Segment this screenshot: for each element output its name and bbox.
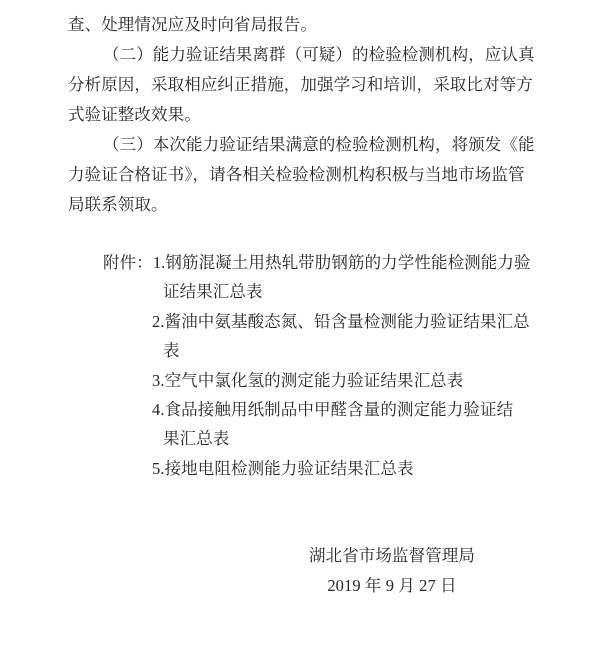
body-line-6: 力验证合格证书》，请各相关检验检测机构积极与当地市场监管: [68, 160, 597, 190]
document-page: 查、处理情况应及时向省局报告。 （二）能力验证结果离群（可疑）的检验检测机构，应…: [0, 0, 597, 668]
document-body: 查、处理情况应及时向省局报告。 （二）能力验证结果离群（可疑）的检验检测机构，应…: [68, 10, 597, 220]
body-line-7: 局联系领取。: [68, 190, 597, 220]
attachment-item-3: 3.空气中氯化氢的测定能力验证结果汇总表: [68, 366, 597, 395]
attachment-item-2-line-1: 2.酱油中氨基酸态氮、铅含量检测能力验证结果汇总: [68, 307, 597, 336]
attachments-label: 附件：: [103, 253, 153, 272]
body-line-5: （三）本次能力验证结果满意的检验检测机构，将颁发《能: [68, 130, 597, 160]
attachment-item-2-line-2: 表: [68, 336, 597, 365]
issuer-name: 湖北省市场监督管理局: [292, 541, 492, 571]
body-line-2: （二）能力验证结果离群（可疑）的检验检测机构，应认真: [68, 40, 597, 70]
body-line-4: 式验证整改效果。: [68, 100, 597, 130]
attachment-item-4-line-1: 4.食品接触用纸制品中甲醛含量的测定能力验证结: [68, 395, 597, 424]
attachment-item-4-line-2: 果汇总表: [68, 424, 597, 453]
issue-date: 2019 年 9 月 27 日: [292, 571, 492, 601]
body-line-1: 查、处理情况应及时向省局报告。: [68, 10, 597, 40]
signature-block: 湖北省市场监督管理局 2019 年 9 月 27 日: [292, 541, 492, 601]
attachment-item-5: 5.接地电阻检测能力验证结果汇总表: [68, 454, 597, 483]
attachments-section: 附件：1.钢筋混凝土用热轧带肋钢筋的力学性能检测能力验 证结果汇总表 2.酱油中…: [68, 248, 597, 483]
attachments-line-1: 附件：1.钢筋混凝土用热轧带肋钢筋的力学性能检测能力验: [68, 248, 597, 277]
body-line-3: 分析原因，采取相应纠正措施，加强学习和培训，采取比对等方: [68, 70, 597, 100]
attachment-item-1-line-2: 证结果汇总表: [68, 277, 597, 306]
attachment-item-1-line-1: 1.钢筋混凝土用热轧带肋钢筋的力学性能检测能力验: [153, 253, 531, 272]
